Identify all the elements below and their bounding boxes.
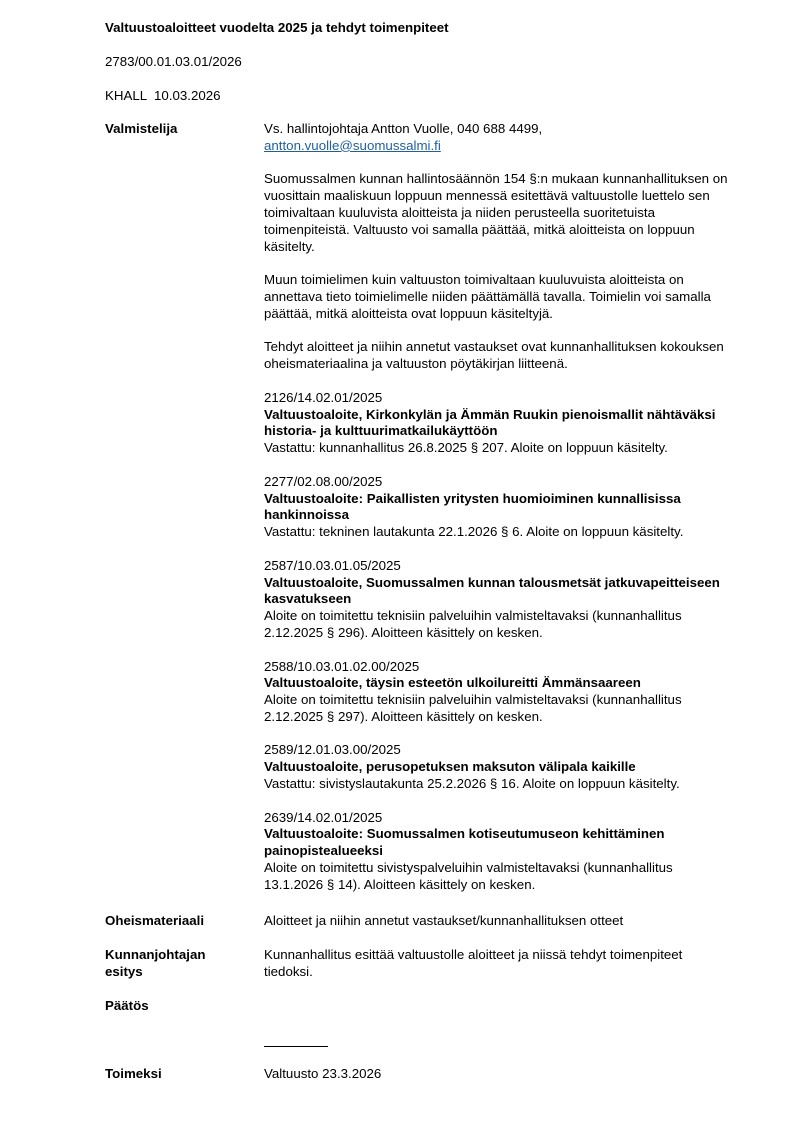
signature-divider bbox=[264, 1046, 328, 1047]
initiative-item: 2277/02.08.00/2025 Valtuustoaloite: Paik… bbox=[264, 474, 734, 541]
initiative-status: Vastattu: sivistyslautakunta 25.2.2026 §… bbox=[264, 776, 734, 793]
section-label-esitys: Kunnanjohtajan esitys bbox=[105, 947, 235, 981]
initiative-item: 2126/14.02.01/2025 Valtuustoaloite, Kirk… bbox=[264, 390, 734, 457]
initiative-title: Valtuustoaloite, perusopetuksen maksuton… bbox=[264, 759, 734, 776]
initiative-title: Valtuustoaloite, Kirkonkylän ja Ämmän Ru… bbox=[264, 407, 734, 441]
initiative-item: 2587/10.03.01.05/2025 Valtuustoaloite, S… bbox=[264, 558, 734, 642]
oheismateriaali-text: Aloitteet ja niihin annetut vastaukset/k… bbox=[264, 913, 734, 930]
meeting-reference: KHALL 10.03.2026 bbox=[105, 88, 221, 105]
section-label-oheismateriaali: Oheismateriaali bbox=[105, 913, 255, 930]
initiative-item: 2588/10.03.01.02.00/2025 Valtuustoaloite… bbox=[264, 659, 734, 726]
initiative-title: Valtuustoaloite: Suomussalmen kotiseutum… bbox=[264, 826, 734, 860]
preparer-line: Vs. hallintojohtaja Antton Vuolle, 040 6… bbox=[264, 121, 734, 138]
esitys-text: Kunnanhallitus esittää valtuustolle aloi… bbox=[264, 947, 734, 981]
valmistelija-content: Vs. hallintojohtaja Antton Vuolle, 040 6… bbox=[264, 121, 734, 894]
paragraph: Tehdyt aloitteet ja niihin annetut vasta… bbox=[264, 339, 734, 373]
initiative-number: 2126/14.02.01/2025 bbox=[264, 390, 734, 407]
initiative-number: 2589/12.01.03.00/2025 bbox=[264, 742, 734, 759]
initiative-item: 2639/14.02.01/2025 Valtuustoaloite: Suom… bbox=[264, 810, 734, 894]
paragraph: Suomussalmen kunnan hallintosäännön 154 … bbox=[264, 171, 734, 255]
diary-number: 2783/00.01.03.01/2026 bbox=[105, 54, 242, 71]
initiative-title: Valtuustoaloite, Suomussalmen kunnan tal… bbox=[264, 575, 734, 609]
section-label-valmistelija: Valmistelija bbox=[105, 121, 255, 138]
document-title: Valtuustoaloitteet vuodelta 2025 ja tehd… bbox=[105, 20, 449, 37]
initiative-status: Aloite on toimitettu sivistyspalveluihin… bbox=[264, 860, 734, 894]
paragraph: Muun toimielimen kuin valtuuston toimiva… bbox=[264, 272, 734, 322]
initiative-title: Valtuustoaloite, täysin esteetön ulkoilu… bbox=[264, 675, 734, 692]
initiative-number: 2587/10.03.01.05/2025 bbox=[264, 558, 734, 575]
initiative-status: Aloite on toimitettu teknisiin palveluih… bbox=[264, 692, 734, 726]
initiative-status: Vastattu: tekninen lautakunta 22.1.2026 … bbox=[264, 524, 734, 541]
initiative-status: Vastattu: kunnanhallitus 26.8.2025 § 207… bbox=[264, 440, 734, 457]
initiative-status: Aloite on toimitettu teknisiin palveluih… bbox=[264, 608, 734, 642]
initiative-number: 2588/10.03.01.02.00/2025 bbox=[264, 659, 734, 676]
initiative-number: 2277/02.08.00/2025 bbox=[264, 474, 734, 491]
initiative-title: Valtuustoaloite: Paikallisten yritysten … bbox=[264, 491, 734, 525]
section-label-toimeksi: Toimeksi bbox=[105, 1066, 255, 1083]
initiative-number: 2639/14.02.01/2025 bbox=[264, 810, 734, 827]
preparer-email-link[interactable]: antton.vuolle@suomussalmi.fi bbox=[264, 138, 441, 153]
section-label-paatos: Päätös bbox=[105, 998, 255, 1015]
toimeksi-text: Valtuusto 23.3.2026 bbox=[264, 1066, 734, 1083]
initiative-item: 2589/12.01.03.00/2025 Valtuustoaloite, p… bbox=[264, 742, 734, 792]
